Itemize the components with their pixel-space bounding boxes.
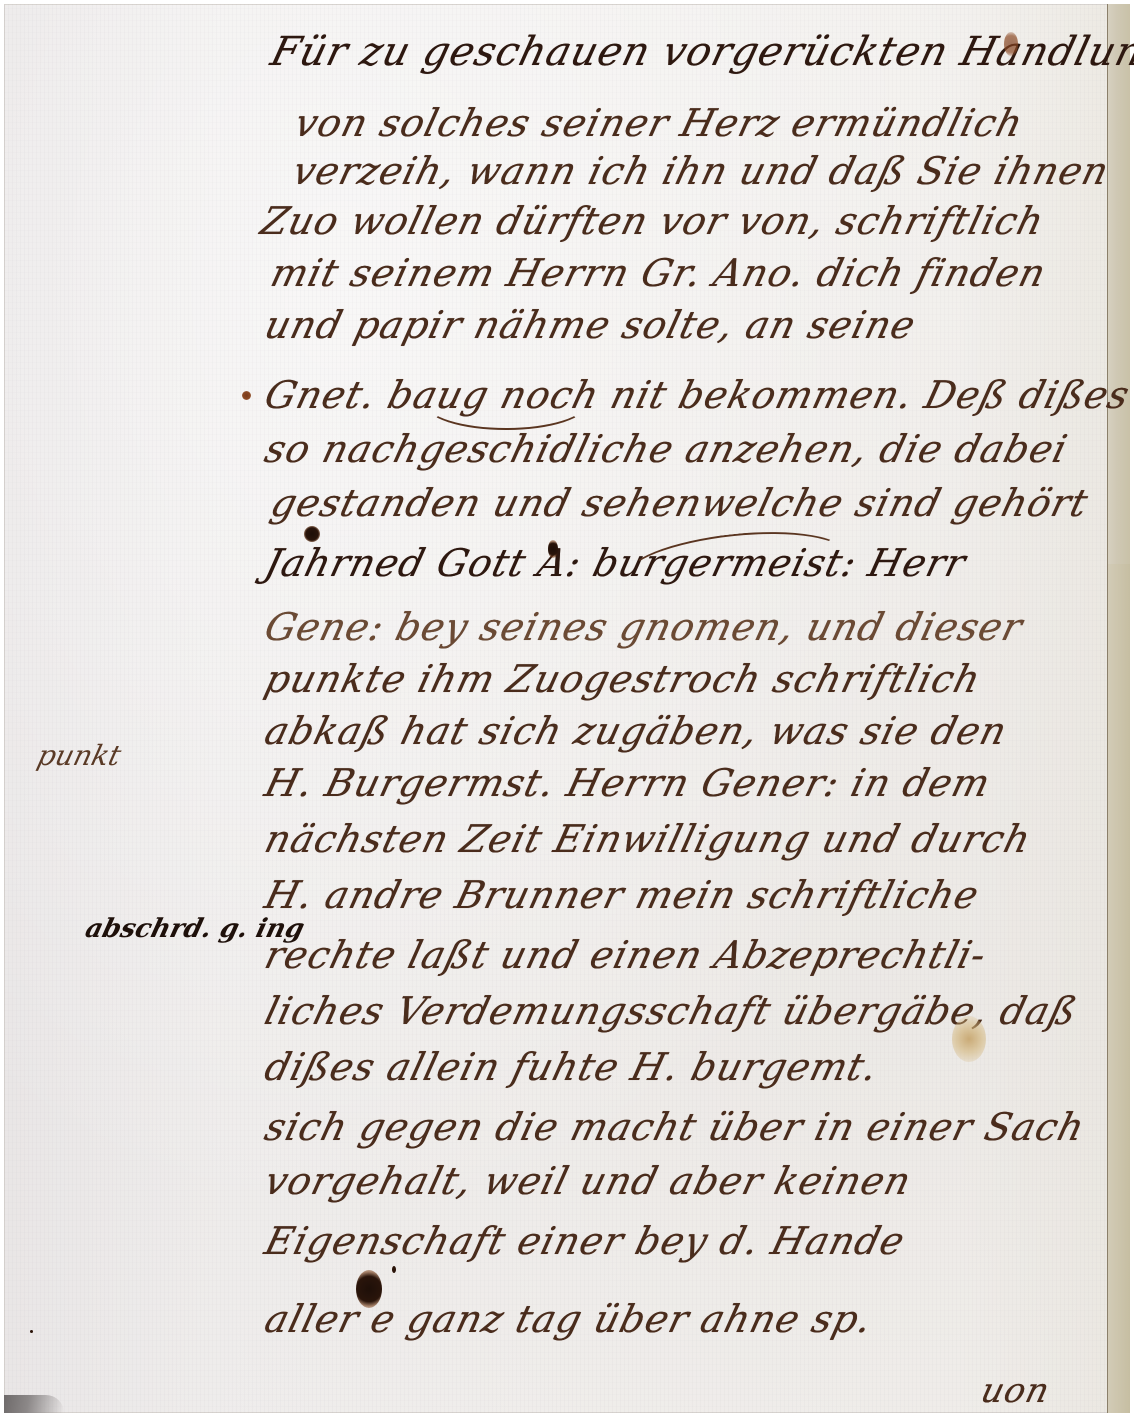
rust-spot xyxy=(242,391,251,400)
binding-gutter-lower xyxy=(1107,564,1130,1413)
manuscript-line: mit seinem Herrn Gr. Ano. dich finden xyxy=(267,254,1050,292)
ink-dot xyxy=(30,1330,33,1333)
manuscript-line: so nachgeschidliche anzehen, die dabei xyxy=(261,430,1071,468)
manuscript-line: H. Burgermst. Herrn Gener: in dem xyxy=(261,764,994,802)
rust-spot xyxy=(1004,32,1018,56)
manuscript-line: von solches seiner Herz ermündlich xyxy=(291,104,1027,142)
manuscript-line: rechte laßt und einen Abzeprechtli- xyxy=(261,936,990,974)
margin-note-abschrift: abschrd. g. ing xyxy=(83,916,307,942)
manuscript-line: Gene: bey seines gnomen, und dieser xyxy=(261,608,1027,646)
manuscript-page: Für zu geschauen vorgerückten Handlung v… xyxy=(4,4,1130,1413)
manuscript-line: abkaß hat sich zugäben, was sie den xyxy=(261,712,1011,750)
ink-blot xyxy=(548,540,558,558)
manuscript-line: und papir nähme solte, an seine xyxy=(261,306,920,344)
pen-flourish xyxy=(424,376,588,430)
ink-blot xyxy=(356,1270,382,1308)
pen-flourish xyxy=(621,522,850,609)
manuscript-line: dißes allein fuhte H. burgemt. xyxy=(261,1048,882,1086)
manuscript-line: Zuo wollen dürften vor von, schriftlich xyxy=(257,202,1048,240)
manuscript-line: H. andre Brunner mein schriftliche xyxy=(261,876,983,914)
margin-note-punkt: punkt xyxy=(35,742,124,770)
manuscript-line: Jahrned Gott A: burgermeist: Herr xyxy=(261,544,970,582)
page-corner-shadow xyxy=(4,1395,64,1413)
ink-dot xyxy=(392,1266,396,1273)
manuscript-line: sich gegen die macht über in einer Sach xyxy=(261,1108,1089,1146)
manuscript-line: Gnet. baug noch nit bekommen. Deß dißes xyxy=(261,376,1133,414)
manuscript-line: punkte ihm Zuogestroch schriftlich xyxy=(261,660,985,698)
foxing-stain xyxy=(952,1016,986,1062)
ink-blot xyxy=(304,526,320,542)
manuscript-line: Eigenschaft einer bey d. Hande xyxy=(261,1222,909,1260)
manuscript-line: verzeih, wann ich ihn und daß Sie ihnen xyxy=(289,152,1113,190)
manuscript-line: vorgehalt, weil und aber keinen xyxy=(261,1162,915,1200)
catchword: uon xyxy=(978,1374,1054,1408)
manuscript-line: nächsten Zeit Einwilligung und durch xyxy=(261,820,1035,858)
manuscript-line: aller e ganz tag über ahne sp. xyxy=(261,1300,876,1338)
manuscript-line: gestanden und sehenwelche sind gehört xyxy=(267,484,1092,522)
